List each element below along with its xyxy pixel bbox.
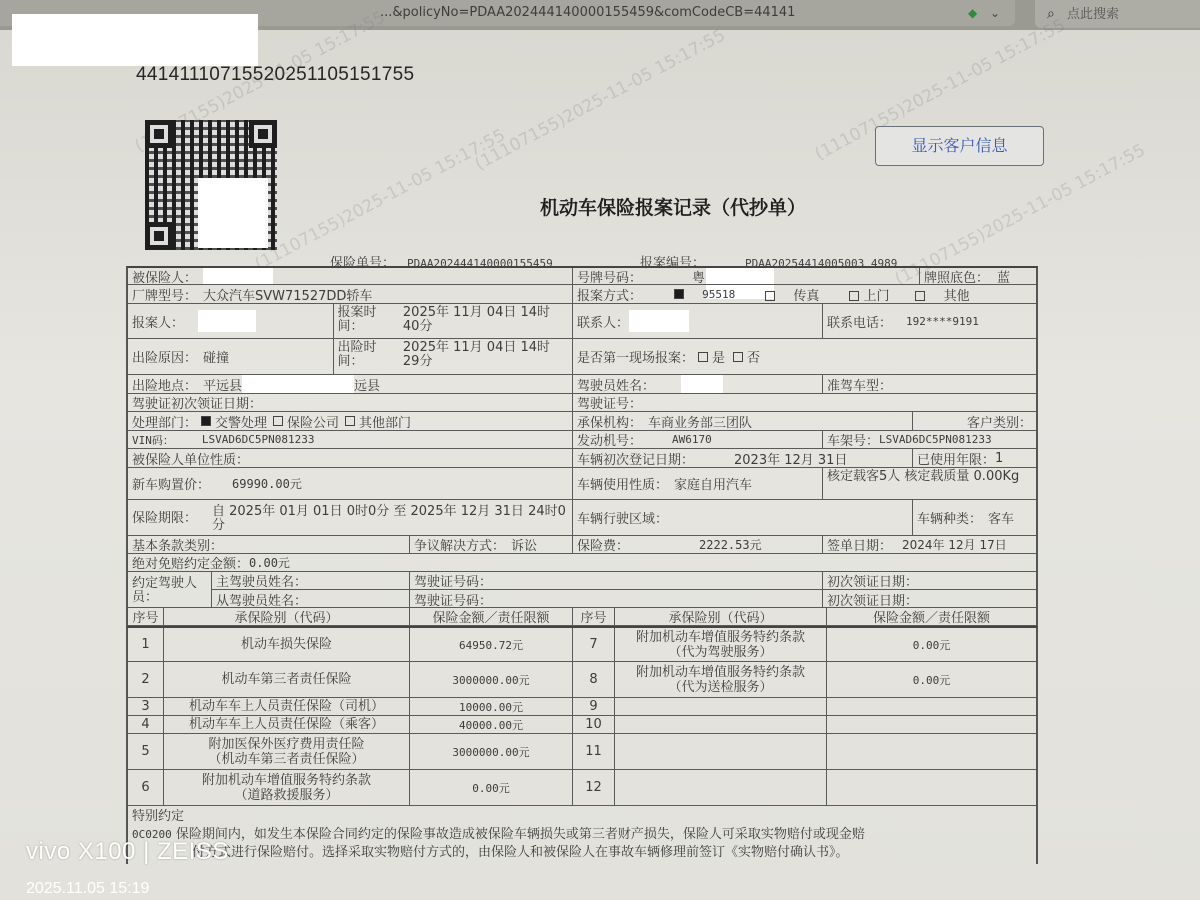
qr-finder — [249, 120, 277, 148]
coverage-header: 序号 承保险别（代码） 保险金额／责任限额 序号 承保险别（代码） 保险金额／责… — [126, 608, 1038, 626]
report-page: 44141110715520251105151755 (11107155)202… — [0, 30, 1200, 900]
camera-watermark-datetime: 2025.11.05 15:19 — [26, 880, 149, 898]
coverage-name-text: 附加机动车增值服务特约条款 — [636, 630, 805, 645]
checkbox[interactable] — [698, 352, 708, 362]
coverage-name-sub: （代为驾驶服务） — [668, 645, 772, 660]
coverage-row: 2机动车第三者责任保险3000000.00元8附加机动车增值服务特约条款（代为送… — [126, 662, 1038, 698]
driver-name-label: 驾驶员姓名： — [577, 375, 655, 393]
watermark: (11107155)2025-11-05 15:17:55 — [472, 25, 729, 174]
coverage-name: 附加医保外医疗费用责任险（机动车第三者责任保险） — [164, 734, 410, 769]
coverage-amount: 0.00元 — [410, 770, 573, 805]
new-price-cell: 新车购置价： 69990.00元 — [128, 468, 573, 499]
contact-label: 联系人： — [577, 312, 629, 331]
coverage-amount — [827, 734, 1036, 769]
plate-label: 号牌号码： — [577, 268, 642, 284]
camera-watermark-brand: vivo X100 | ZEISS — [26, 838, 229, 866]
coverage-row: 3机动车车上人员责任保险（司机）10000.00元9 — [126, 698, 1038, 716]
first-license-date-label: 初次领证日期： — [827, 572, 918, 589]
accident-time-value: 2025年 11月 04日 14时 29分 — [403, 341, 568, 369]
contact-cell: 联系人： — [573, 304, 823, 338]
qr-finder — [145, 120, 173, 148]
customer-type-cell: 客户类别： — [913, 412, 1036, 430]
shield-icon: ◆ — [968, 0, 977, 26]
frame-no-cell: 车架号： LSVAD6DC5PN081233 — [823, 431, 1036, 448]
plate-color-value: 蓝 — [997, 268, 1010, 284]
years-used-value: 1 — [995, 451, 1003, 466]
search-input[interactable]: ⌕ 点此搜索 — [1035, 0, 1200, 28]
report-method-cell: 报案方式： 95518 传真 上门 其他 — [573, 285, 1036, 303]
coverage-no: 9 — [573, 698, 615, 715]
vin-value: LSVAD6DC5PN081233 — [202, 433, 315, 446]
checkbox[interactable] — [733, 352, 743, 362]
usage-label: 车辆使用性质： — [577, 474, 668, 493]
license-no-cell: 驾驶证号： — [573, 394, 1036, 411]
report-method-visit[interactable]: 上门 — [845, 285, 889, 303]
coverage-amount: 0.00元 — [827, 628, 1036, 661]
premium-value: 2222.53元 — [699, 536, 762, 553]
main-first-license-cell: 初次领证日期： — [823, 572, 1036, 589]
underwriter-value: 车商业务部三团队 — [648, 412, 752, 430]
frame-no-label: 车架号： — [827, 431, 879, 448]
main-driver-cell: 主驾驶员姓名： — [212, 572, 410, 589]
redacted-block — [203, 268, 273, 284]
capacity-cell: 核定载客5人 核定载质量 0.00Kg — [823, 468, 1036, 499]
coverage-amount: 64950.72元 — [410, 628, 573, 661]
coverage-name-sub: （代为送检服务） — [668, 680, 772, 695]
redacted-block — [242, 375, 354, 393]
chevron-down-icon[interactable]: ⌄ — [990, 0, 1000, 26]
usage-value: 家庭自用汽车 — [674, 474, 752, 493]
period-label: 保险期限： — [132, 512, 212, 526]
coverage-amount: 40000.00元 — [410, 716, 573, 733]
vehicle-type-cell: 车辆种类： 客车 — [913, 500, 1036, 535]
coverage-amount — [827, 770, 1036, 805]
coverage-amount — [827, 716, 1036, 733]
underwriter-cell: 承保机构： 车商业务部三团队 — [573, 412, 913, 430]
col-header-coverage: 承保险别（代码） — [164, 608, 410, 625]
coverage-name — [615, 734, 827, 769]
coverage-name: 机动车损失保险 — [164, 628, 410, 661]
insured-label: 被保险人： — [132, 268, 197, 284]
cause-label: 出险原因： — [132, 347, 197, 366]
coverage-no: 2 — [128, 662, 164, 697]
checkbox[interactable] — [273, 416, 283, 426]
coverage-no: 12 — [573, 770, 615, 805]
coverage-amount — [827, 698, 1036, 715]
show-customer-info-button[interactable]: 显示客户信息 — [875, 126, 1044, 166]
coverage-name-text: 附加医保外医疗费用责任险 — [208, 737, 364, 752]
license-first-date-cell: 驾驶证初次领证日期： — [128, 394, 573, 411]
coverage-no: 11 — [573, 734, 615, 769]
col-header-amount: 保险金额／责任限额 — [410, 608, 573, 625]
serial-number: 44141110715520251105151755 — [136, 64, 414, 86]
dispute-value: 诉讼 — [511, 536, 537, 553]
accident-time-cell: 出险时间：2025年 11月 04日 14时 29分 — [334, 339, 572, 374]
coverage-name — [615, 716, 827, 733]
report-method-other[interactable]: 其他 — [911, 285, 969, 303]
coverage-row: 1机动车损失保险64950.72元7附加机动车增值服务特约条款（代为驾驶服务）0… — [126, 626, 1038, 662]
deductible-value: 0.00元 — [249, 554, 290, 571]
special-terms-label: 特别约定 — [132, 808, 1032, 826]
report-time-cell: 报案时间：2025年 11月 04日 14时 40分 — [334, 304, 572, 338]
plate-cell: 号牌号码： 粤 — [573, 268, 920, 284]
coverage-name — [615, 770, 827, 805]
contact-phone-value: 192****9191 — [906, 315, 979, 328]
plate-value: 粤 — [692, 268, 705, 284]
search-icon: ⌕ — [1047, 6, 1055, 22]
col-header-no: 序号 — [573, 608, 615, 625]
special-terms-line2: 付方式进行保险赔付。选择采取实物赔付方式的，由保险人和被保险人在事故车辆修理前签… — [132, 844, 1032, 862]
coverage-table-body: 1机动车损失保险64950.72元7附加机动车增值服务特约条款（代为驾驶服务）0… — [126, 626, 1038, 806]
vin-label: VIN码： — [132, 432, 174, 448]
col-header-no: 序号 — [128, 608, 164, 625]
driver-license-no-label: 驾驶证号码： — [414, 572, 492, 589]
usage-cell: 车辆使用性质： 家庭自用汽车 — [573, 468, 823, 499]
redacted-block — [12, 14, 258, 66]
coverage-name: 机动车第三者责任保险 — [164, 662, 410, 697]
dispute-label: 争议解决方式： — [414, 536, 505, 553]
frame-no-value: LSVAD6DC5PN081233 — [879, 433, 992, 446]
second-first-license-cell: 初次领证日期： — [823, 590, 1036, 608]
engine-no-value: AW6170 — [672, 433, 712, 446]
vehicle-type-value: 客车 — [988, 508, 1014, 527]
handling-dept-cell: 处理部门： 交警处理 保险公司 其他部门 — [128, 412, 573, 430]
coverage-name: 机动车车上人员责任保险（乘客） — [164, 716, 410, 733]
vin-cell: VIN码： LSVAD6DC5PN081233 — [128, 431, 573, 448]
insured-cell: 被保险人： — [128, 268, 573, 284]
dept-other: 其他部门 — [359, 412, 411, 430]
second-driver-license-cell: 驾驶证号码： — [410, 590, 823, 608]
checkbox[interactable] — [915, 291, 925, 301]
second-driver-cell: 从驾驶员姓名： — [212, 590, 410, 608]
coverage-row: 6附加机动车增值服务特约条款（道路救援服务）0.00元12 — [126, 770, 1038, 806]
coverage-name-text: 机动车车上人员责任保险（乘客） — [189, 717, 384, 732]
coverage-name-text: 附加机动车增值服务特约条款 — [202, 773, 371, 788]
search-placeholder: 点此搜索 — [1067, 7, 1119, 22]
coverage-name-text: 机动车损失保险 — [241, 637, 332, 652]
location-suffix: 远县 — [354, 375, 380, 393]
redacted-block — [681, 375, 723, 393]
coverage-no: 7 — [573, 628, 615, 661]
brand-model-label: 厂牌型号： — [132, 285, 197, 303]
period-cell: 保险期限： 自 2025年 01月 01日 0时0分 至 2025年 12月 3… — [128, 500, 573, 535]
report-form: 被保险人： 号牌号码： 粤 牌照底色： 蓝 厂牌型号： 大众汽车SVW71527… — [126, 266, 1038, 864]
coverage-name — [615, 698, 827, 715]
coverage-no: 10 — [573, 716, 615, 733]
coverage-amount: 10000.00元 — [410, 698, 573, 715]
coverage-amount: 0.00元 — [827, 662, 1036, 697]
brand-model-value: 大众汽车SVW71527DD轿车 — [203, 285, 372, 303]
coverage-name: 机动车车上人员责任保险（司机） — [164, 698, 410, 715]
cause-cell: 出险原因： 碰撞 — [128, 339, 334, 374]
handling-dept-label: 处理部门： — [132, 412, 197, 430]
underwriter-label: 承保机构： — [577, 412, 642, 430]
brand-model-cell: 厂牌型号： 大众汽车SVW71527DD轿车 — [128, 285, 573, 303]
main-driver-label: 主驾驶员姓名： — [216, 572, 307, 589]
first-scene-cell: 是否第一现场报案： 是 否 — [573, 339, 1036, 374]
license-first-date-label: 驾驶证初次领证日期： — [132, 394, 262, 411]
dept-insurance-company: 保险公司 — [287, 412, 339, 430]
first-license-date-label: 初次领证日期： — [827, 590, 918, 608]
coverage-name: 附加机动车增值服务特约条款（代为驾驶服务） — [615, 628, 827, 661]
report-time-label: 报案时间： — [338, 306, 397, 334]
insured-unit-label: 被保险人单位性质： — [132, 449, 249, 467]
driver-name-cell: 驾驶员姓名： — [573, 375, 823, 393]
license-no-label: 驾驶证号： — [577, 394, 642, 411]
coverage-no: 3 — [128, 698, 164, 715]
report-method-label: 报案方式： — [577, 285, 642, 303]
redacted-block — [198, 178, 268, 248]
sign-date-cell: 签单日期： 2024年 12月 17日 — [823, 536, 1036, 553]
coverage-amount: 3000000.00元 — [410, 662, 573, 697]
years-used-label: 已使用年限： — [917, 449, 995, 467]
insured-unit-cell: 被保险人单位性质： — [128, 449, 573, 467]
first-scene-label: 是否第一现场报案： — [577, 347, 694, 366]
coverage-name-text: 机动车第三者责任保险 — [221, 672, 351, 687]
special-terms: 特别约定 0C0200 保险期间内，如发生本保险合同约定的保险事故造成被保险车辆… — [126, 806, 1038, 864]
first-reg-label: 车辆初次登记日期： — [577, 449, 694, 467]
plate-color-cell: 牌照底色： 蓝 — [920, 268, 1036, 284]
license-class-cell: 准驾车型： — [823, 375, 1036, 393]
url-text: ...&policyNo=PDAA202444140000155459&comC… — [380, 5, 795, 20]
engine-no-label: 发动机号： — [577, 431, 642, 448]
contact-phone-label: 联系电话： — [827, 312, 892, 331]
coverage-name: 附加机动车增值服务特约条款（道路救援服务） — [164, 770, 410, 805]
first-reg-value: 2023年 12月 31日 — [734, 449, 847, 467]
cause-value: 碰撞 — [203, 347, 229, 366]
report-time-value: 2025年 11月 04日 14时 40分 — [403, 306, 568, 334]
coverage-row: 4机动车车上人员责任保险（乘客）40000.00元10 — [126, 716, 1038, 734]
new-price-label: 新车购置价： — [132, 474, 210, 493]
region-cell: 车辆行驶区域： — [573, 500, 913, 535]
coverage-name-text: 机动车车上人员责任保险（司机） — [189, 699, 384, 714]
vehicle-type-label: 车辆种类： — [917, 508, 982, 527]
special-terms-line1: 保险期间内，如发生本保险合同约定的保险事故造成被保险车辆损失或第三者财产损失，保… — [176, 827, 865, 842]
location-cell: 出险地点： 平远县 远县 — [128, 375, 573, 393]
plate-color-label: 牌照底色： — [924, 268, 989, 284]
deductible-cell: 绝对免赔约定金额： 0.00元 — [128, 554, 1036, 571]
agreed-driver-cell: 约定驾驶人员： — [128, 572, 212, 607]
second-driver-label: 从驾驶员姓名： — [216, 590, 307, 608]
coverage-row: 5附加医保外医疗费用责任险（机动车第三者责任保险）3000000.00元11 — [126, 734, 1038, 770]
location-label: 出险地点： — [132, 375, 197, 393]
premium-label: 保险费： — [577, 536, 629, 553]
qr-finder — [145, 222, 173, 250]
coverage-no: 4 — [128, 716, 164, 733]
coverage-name-sub: （机动车第三者责任保险） — [208, 752, 364, 767]
years-used-cell: 已使用年限： 1 — [913, 449, 1036, 467]
sign-date-value: 2024年 12月 17日 — [902, 536, 1007, 553]
contact-phone-cell: 联系电话： 192****9191 — [823, 304, 1036, 338]
first-scene-yes: 是 — [712, 347, 725, 366]
first-reg-cell: 车辆初次登记日期： 2023年 12月 31日 — [573, 449, 913, 467]
coverage-amount: 3000000.00元 — [410, 734, 573, 769]
accident-time-label: 出险时间： — [338, 341, 397, 369]
dispute-cell: 争议解决方式： 诉讼 — [410, 536, 573, 553]
reporter-cell: 报案人： — [128, 304, 334, 338]
agreed-driver-label: 约定驾驶人员： — [132, 577, 207, 605]
coverage-no: 1 — [128, 628, 164, 661]
deductible-label: 绝对免赔约定金额： — [132, 554, 249, 571]
main-driver-license-cell: 驾驶证号码： — [410, 572, 823, 589]
checkbox[interactable] — [849, 291, 859, 301]
coverage-name-sub: （道路救援服务） — [234, 788, 338, 803]
checkbox[interactable] — [765, 291, 775, 301]
license-class-label: 准驾车型： — [827, 375, 892, 393]
reporter-label: 报案人： — [132, 312, 184, 331]
coverage-no: 8 — [573, 662, 615, 697]
basic-clause-label: 基本条款类别： — [132, 536, 223, 553]
period-value: 自 2025年 01月 01日 0时0分 至 2025年 12月 31日 24时… — [212, 505, 568, 533]
checkbox[interactable] — [345, 416, 355, 426]
checkbox-checked[interactable] — [674, 289, 684, 299]
sign-date-label: 签单日期： — [827, 536, 892, 553]
basic-clause-cell: 基本条款类别： — [128, 536, 410, 553]
report-method-95518[interactable]: 95518 — [670, 287, 735, 302]
coverage-no: 5 — [128, 734, 164, 769]
coverage-name: 附加机动车增值服务特约条款（代为送检服务） — [615, 662, 827, 697]
driver-license-no-label: 驾驶证号码： — [414, 590, 492, 608]
col-header-coverage: 承保险别（代码） — [615, 608, 827, 625]
redacted-block — [629, 310, 689, 332]
premium-cell: 保险费： 2222.53元 — [573, 536, 823, 553]
customer-type-label: 客户类别： — [967, 412, 1032, 430]
page-title: 机动车保险报案记录（代抄单） — [540, 193, 806, 220]
new-price-value: 69990.00元 — [232, 475, 302, 492]
col-header-amount: 保险金额／责任限额 — [827, 608, 1036, 625]
first-scene-no: 否 — [747, 347, 760, 366]
region-label: 车辆行驶区域： — [577, 508, 668, 527]
checkbox-checked[interactable] — [201, 416, 211, 426]
coverage-no: 6 — [128, 770, 164, 805]
engine-no-cell: 发动机号： AW6170 — [573, 431, 823, 448]
redacted-block — [198, 310, 256, 332]
report-method-fax[interactable]: 传真 — [761, 285, 819, 303]
location-prefix: 平远县 — [203, 375, 242, 393]
capacity-value: 核定载客5人 核定载质量 0.00Kg — [827, 470, 1019, 484]
dept-traffic-police: 交警处理 — [215, 412, 267, 430]
coverage-name-text: 附加机动车增值服务特约条款 — [636, 665, 805, 680]
